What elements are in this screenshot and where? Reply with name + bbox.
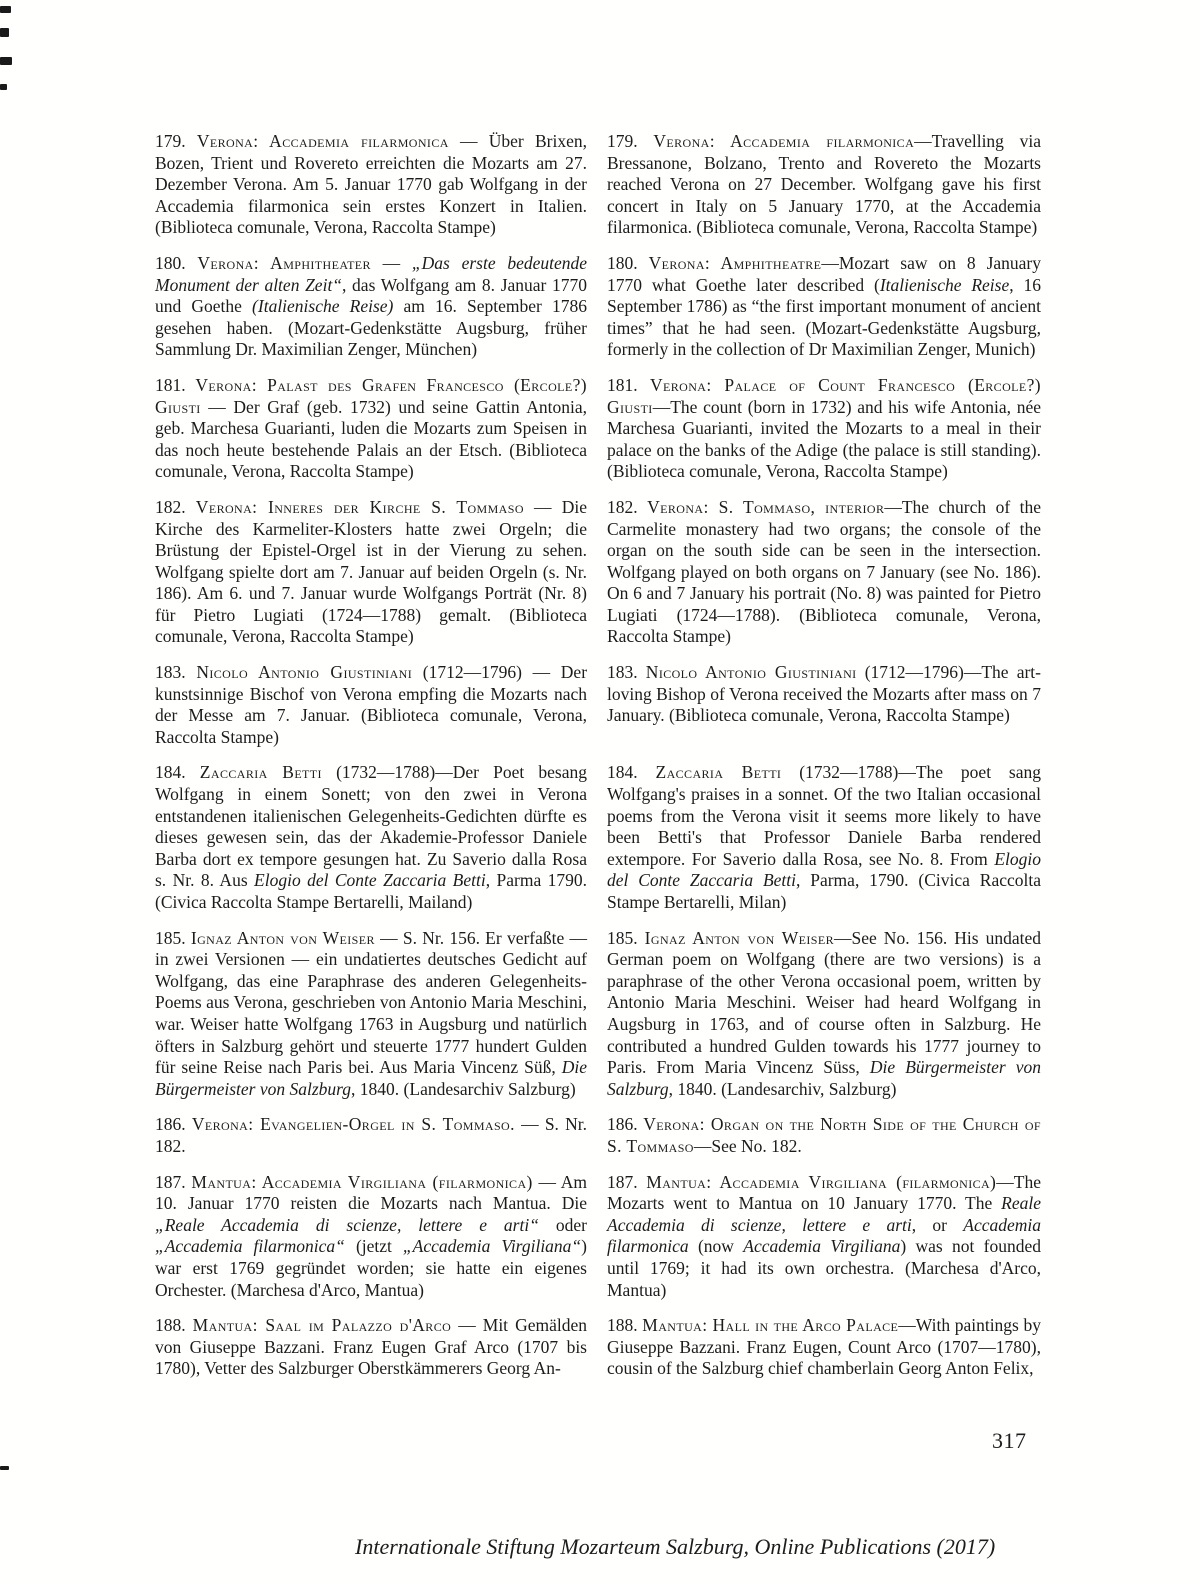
entry-179-german: 179. Verona: Accademia filarmonica — Übe… (155, 131, 587, 239)
entry-187-english: 187. Mantua: Accademia Virgiliana (filar… (607, 1172, 1041, 1302)
entry-180-german: 180. Verona: Amphitheater — „Das erste b… (155, 253, 587, 361)
entry-185-german: 185. Ignaz Anton von Weiser — S. Nr. 156… (155, 928, 587, 1101)
page-number: 317 (992, 1428, 1027, 1454)
scan-artifact (0, 6, 11, 13)
scan-artifact (0, 28, 9, 37)
entry-180-english: 180. Verona: Amphitheatre—Mozart saw on … (607, 253, 1041, 361)
footer-publication-note: Internationale Stiftung Mozarteum Salzbu… (355, 1534, 1095, 1560)
entry-184-german: 184. Zaccaria Betti (1732—1788)—Der Poet… (155, 762, 587, 913)
entry-188-german: 188. Mantua: Saal im Palazzo d'Arco — Mi… (155, 1315, 587, 1380)
scan-artifact (0, 57, 12, 65)
scan-artifact (0, 84, 7, 90)
entry-185-english: 185. Ignaz Anton von Weiser—See No. 156.… (607, 928, 1041, 1101)
catalog-entries: 179. Verona: Accademia filarmonica — Übe… (155, 131, 1041, 1380)
entry-179-english: 179. Verona: Accademia filarmonica—Trave… (607, 131, 1041, 239)
entry-186-english: 186. Verona: Organ on the North Side of … (607, 1114, 1041, 1157)
scan-artifact (0, 1466, 9, 1470)
entry-181-german: 181. Verona: Palast des Grafen Francesco… (155, 375, 587, 483)
entry-181-english: 181. Verona: Palace of Count Francesco (… (607, 375, 1041, 483)
entry-184-english: 184. Zaccaria Betti (1732—1788)—The poet… (607, 762, 1041, 913)
entry-183-german: 183. Nicolo Antonio Giustiniani (1712—17… (155, 662, 587, 748)
book-page: 179. Verona: Accademia filarmonica — Übe… (0, 0, 1200, 1581)
entry-182-german: 182. Verona: Inneres der Kirche S. Tomma… (155, 497, 587, 648)
entry-188-english: 188. Mantua: Hall in the Arco Palace—Wit… (607, 1315, 1041, 1380)
entry-182-english: 182. Verona: S. Tommaso, interior—The ch… (607, 497, 1041, 648)
entry-187-german: 187. Mantua: Accademia Virgiliana (filar… (155, 1172, 587, 1302)
entry-186-german: 186. Verona: Evangelien-Orgel in S. Tomm… (155, 1114, 587, 1157)
entry-183-english: 183. Nicolo Antonio Giustiniani (1712—17… (607, 662, 1041, 748)
